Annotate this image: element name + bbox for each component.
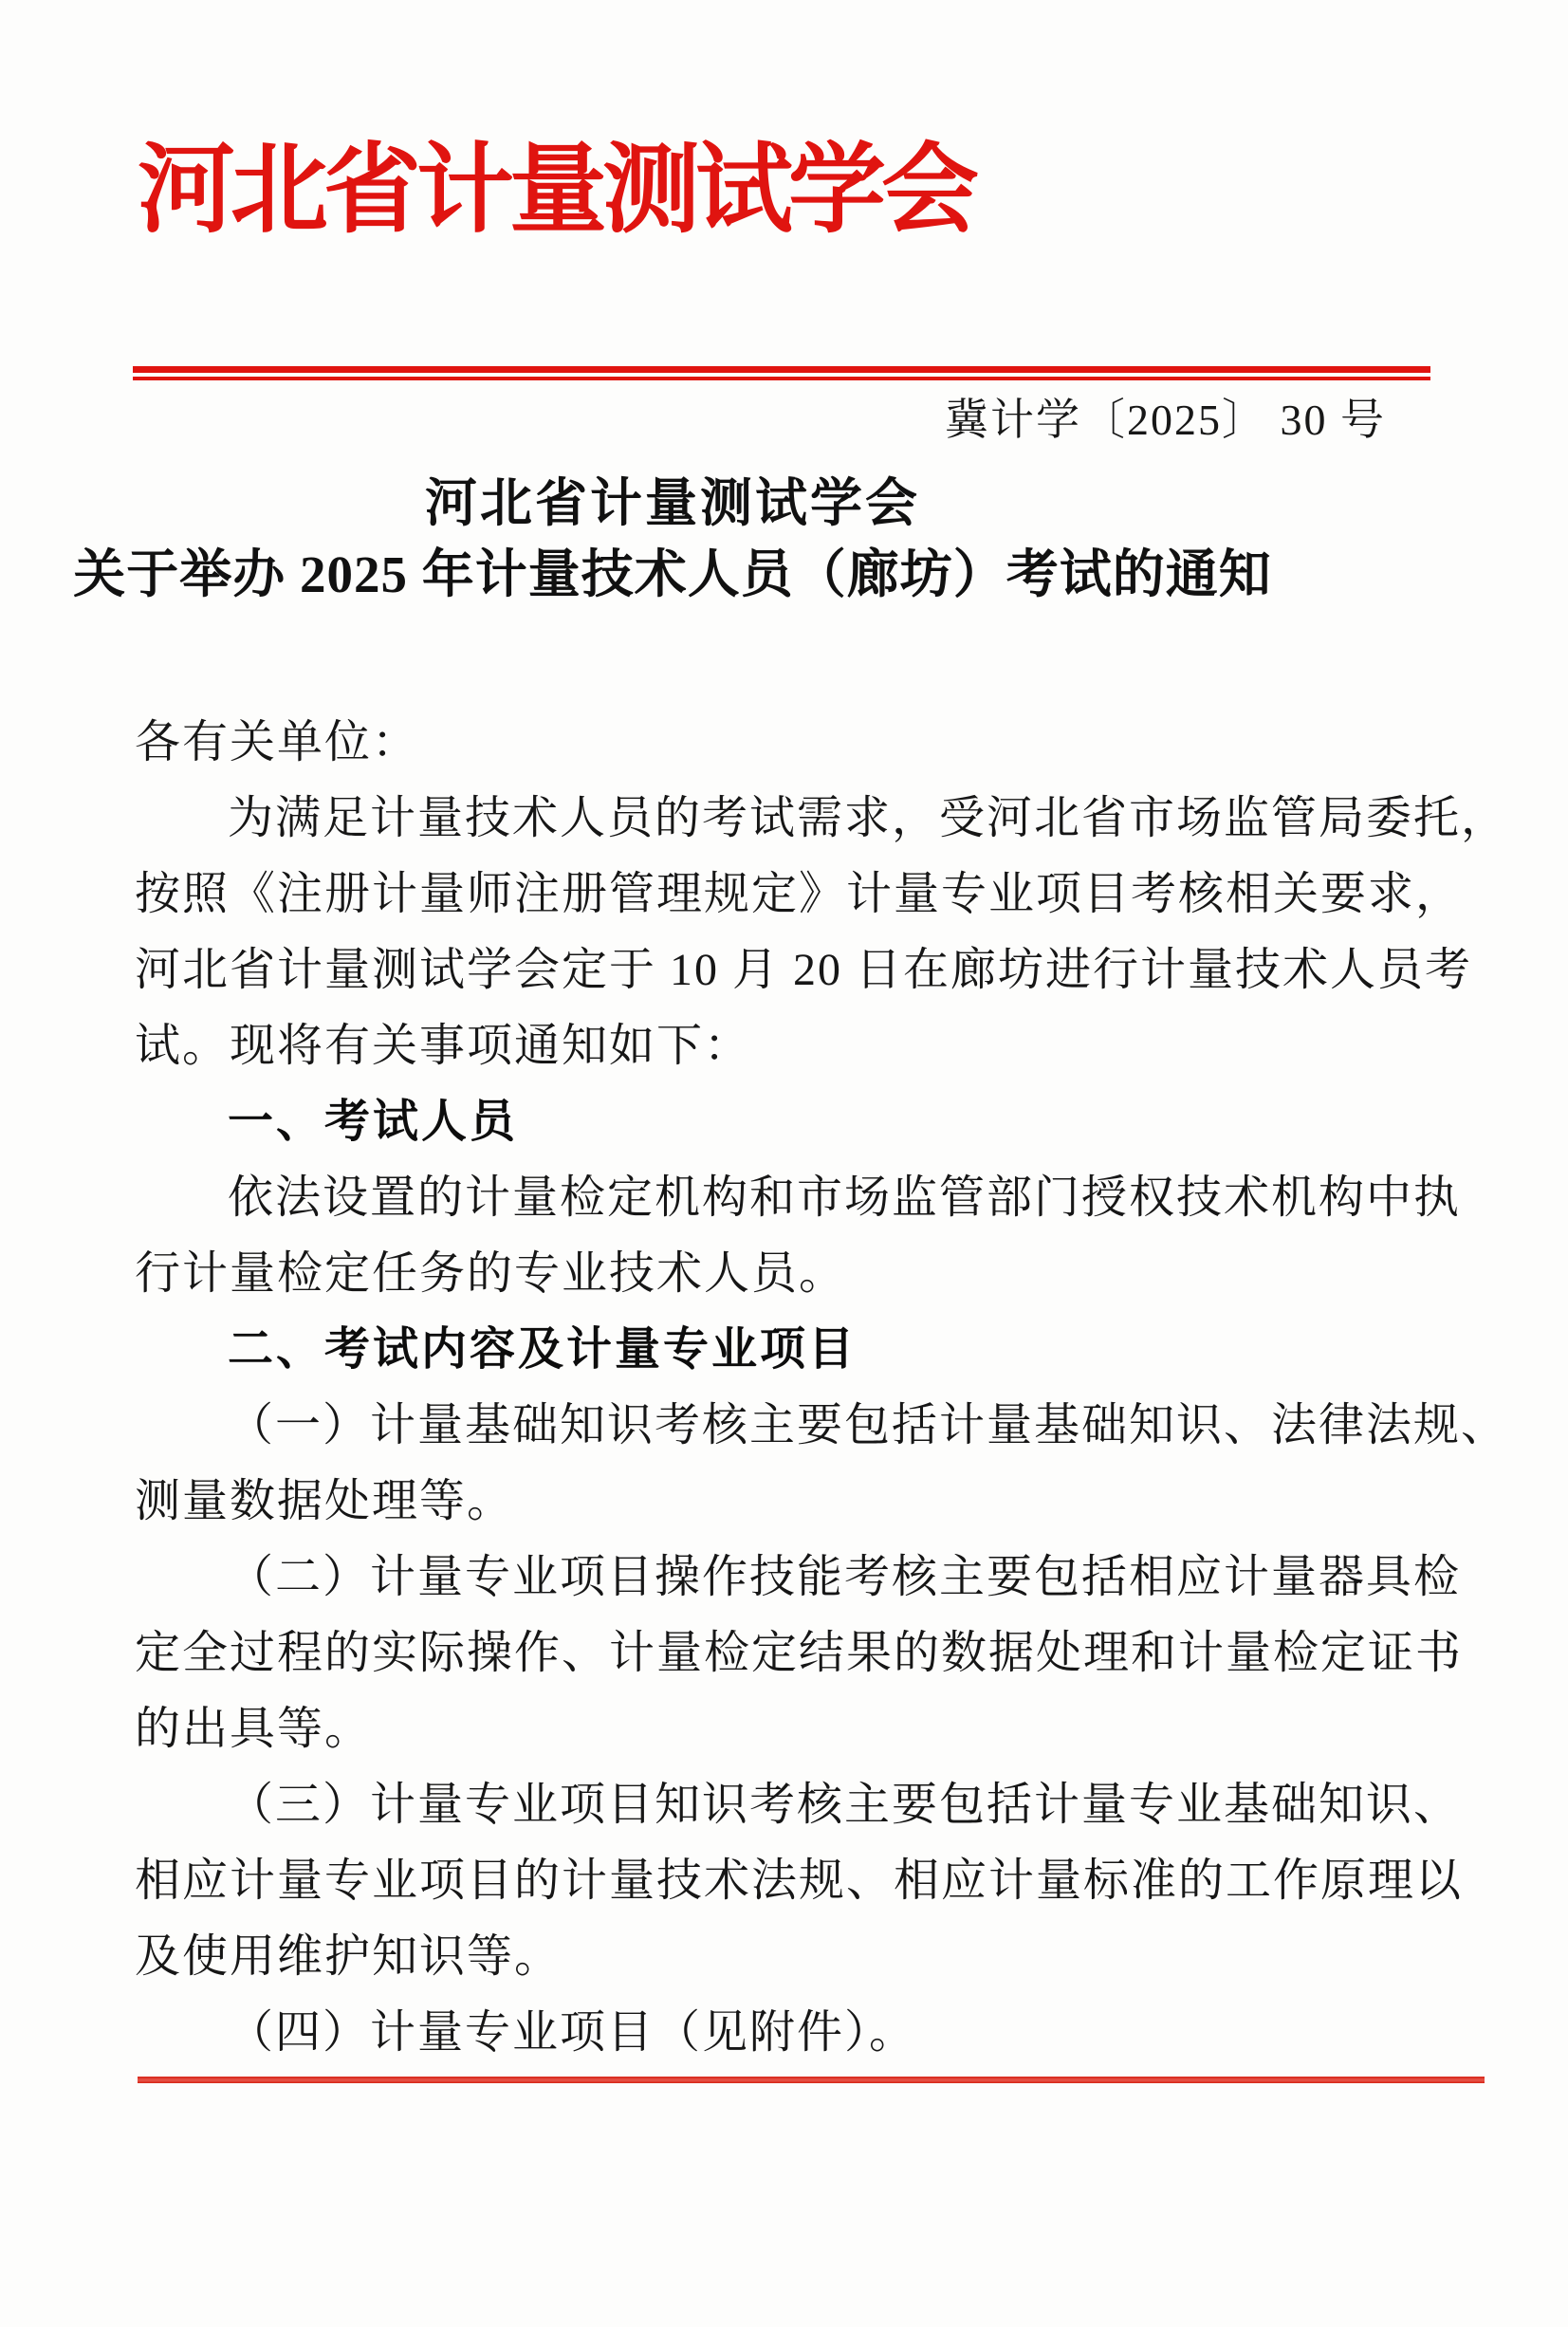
body-line: 依法设置的计量检定机构和市场监管部门授权技术机构中执 xyxy=(135,1160,1454,1236)
body-line: 相应计量专业项目的计量技术法规、相应计量标准的工作原理以 xyxy=(135,1843,1454,1919)
footer-divider-line xyxy=(138,2077,1485,2083)
org-masthead-title: 河北省计量测试学会 xyxy=(138,142,1568,240)
notice-body: 各有关单位： 为满足计量技术人员的考试需求，受河北省市场监管局委托， 按照《注册… xyxy=(135,705,1454,2071)
body-line: 为满足计量技术人员的考试需求，受河北省市场监管局委托， xyxy=(135,781,1454,857)
document-title-subject: 关于举办 2025 年计量技术人员（廊坊）考试的通知 xyxy=(0,539,1345,610)
body-line: 的出具等。 xyxy=(135,1691,1454,1767)
body-line: （三）计量专业项目知识考核主要包括计量专业基础知识、 xyxy=(135,1767,1454,1843)
document-reference-number: 冀计学〔2025〕 30 号 xyxy=(0,388,1568,452)
body-line: （一）计量基础知识考核主要包括计量基础知识、法律法规、 xyxy=(135,1388,1454,1464)
masthead-divider-line xyxy=(133,366,1430,380)
section-heading-1: 一、考试人员 xyxy=(135,1084,1454,1160)
body-line: 行计量检定任务的专业技术人员。 xyxy=(135,1236,1454,1312)
scanned-notice-page: 河北省计量测试学会 冀计学〔2025〕 30 号 河北省计量测试学会 关于举办 … xyxy=(0,0,1568,2327)
salutation-line: 各有关单位： xyxy=(135,705,1454,781)
body-line: （四）计量专业项目（见附件）。 xyxy=(135,1995,1454,2071)
document-title-block: 河北省计量测试学会 关于举办 2025 年计量技术人员（廊坊）考试的通知 xyxy=(0,468,1568,610)
document-title-org: 河北省计量测试学会 xyxy=(0,468,1345,539)
body-line: 河北省计量测试学会定于 10 月 20 日在廊坊进行计量技术人员考 xyxy=(135,933,1454,1008)
body-line: 及使用维护知识等。 xyxy=(135,1919,1454,1995)
section-heading-2: 二、考试内容及计量专业项目 xyxy=(135,1312,1454,1388)
body-line: 试。现将有关事项通知如下： xyxy=(135,1008,1454,1084)
body-line: 测量数据处理等。 xyxy=(135,1464,1454,1540)
body-line: 按照《注册计量师注册管理规定》计量专业项目考核相关要求， xyxy=(135,857,1454,933)
body-line: 定全过程的实际操作、计量检定结果的数据处理和计量检定证书 xyxy=(135,1616,1454,1691)
body-line: （二）计量专业项目操作技能考核主要包括相应计量器具检 xyxy=(135,1540,1454,1616)
